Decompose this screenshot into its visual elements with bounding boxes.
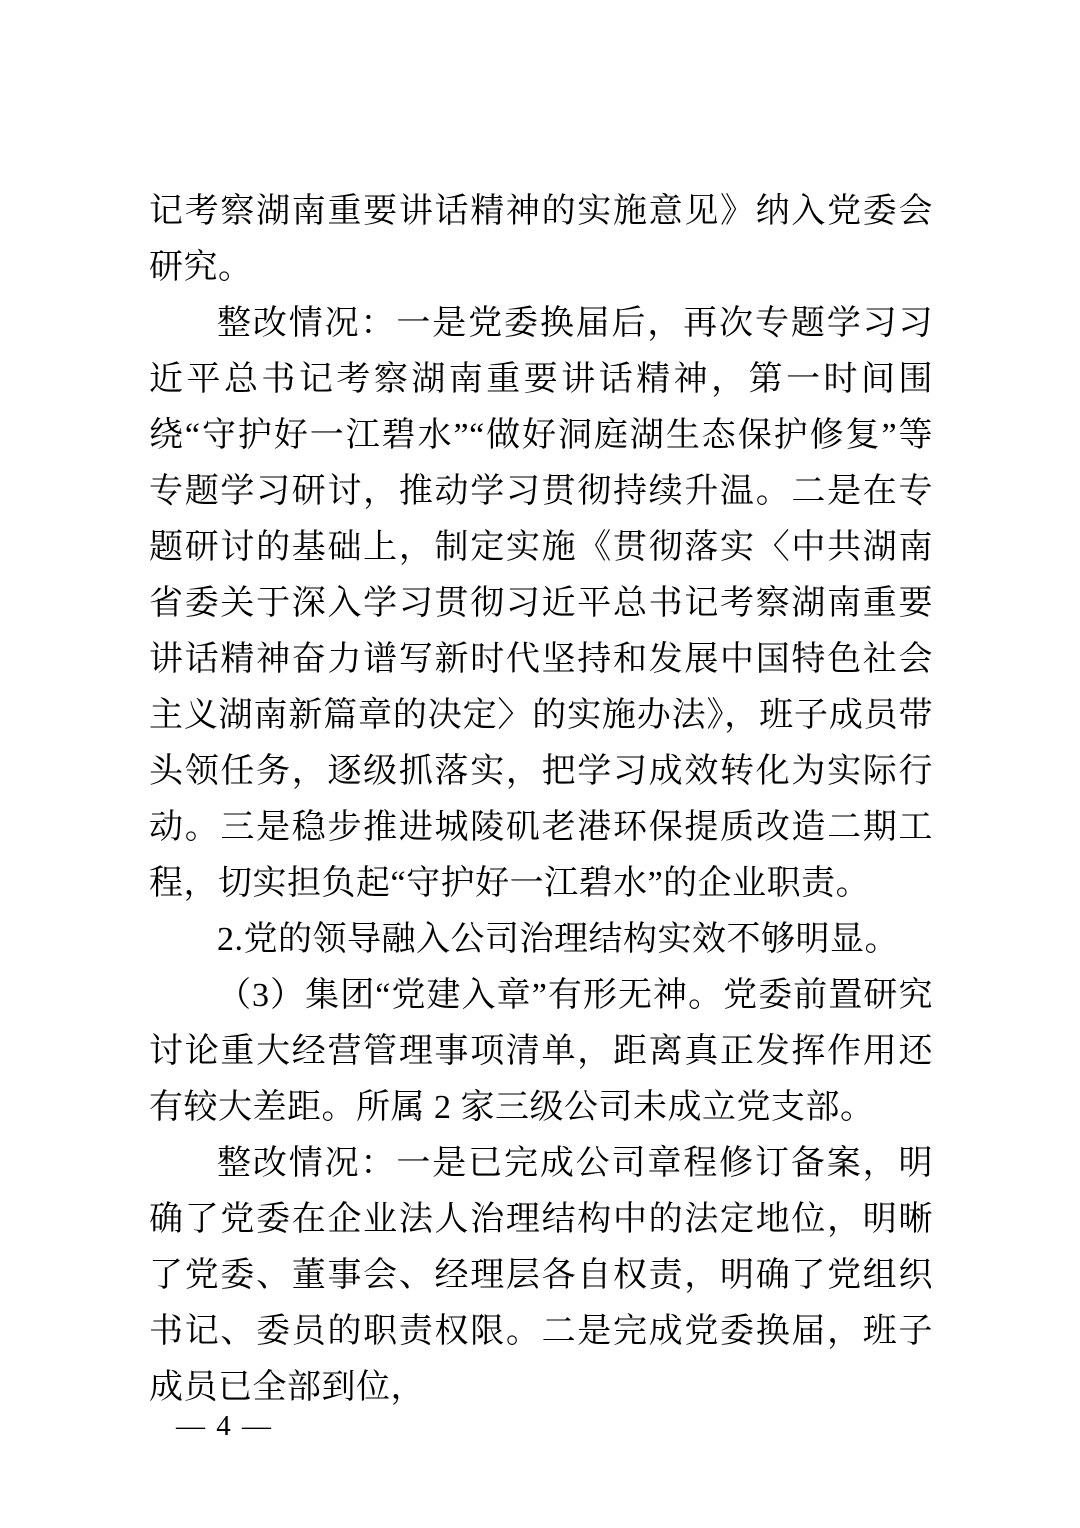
document-page: 记考察湖南重要讲话精神的实施意见》纳入党委会研究。 整改情况：一是党委换届后，再… [0, 0, 1080, 1528]
paragraph-rectification-2: 整改情况：一是已完成公司章程修订备案，明确了党委在企业法人治理结构中的法定地位，… [149, 1136, 933, 1416]
document-body: 记考察湖南重要讲话精神的实施意见》纳入党委会研究。 整改情况：一是党委换届后，再… [149, 184, 933, 1416]
paragraph-issue-3: （3）集团“党建入章”有形无神。党委前置研究讨论重大经营管理事项清单，距离真正发… [149, 968, 933, 1136]
page-number: — 4 — [176, 1410, 273, 1443]
paragraph-continuation: 记考察湖南重要讲话精神的实施意见》纳入党委会研究。 [149, 184, 933, 296]
paragraph-item-2-heading: 2.党的领导融入公司治理结构实效不够明显。 [149, 912, 933, 968]
paragraph-rectification-1: 整改情况：一是党委换届后，再次专题学习习近平总书记考察湖南重要讲话精神，第一时间… [149, 296, 933, 912]
